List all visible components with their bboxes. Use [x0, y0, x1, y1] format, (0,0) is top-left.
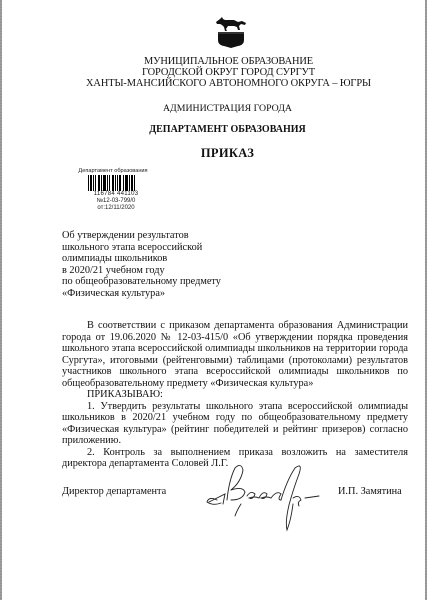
subject-line: школьного этапа всероссийской	[62, 242, 252, 254]
registration-number: №12-03-799/0	[84, 198, 148, 205]
administration-heading: АДМИНИСТРАЦИЯ ГОРОДА	[0, 103, 427, 114]
scan-edge-left	[0, 0, 2, 600]
header-line-region: ХАНТЫ-МАНСИЙСКОГО АВТОНОМНОГО ОКРУГА – Ю…	[15, 78, 427, 90]
signatory-position: Директор департамента	[62, 486, 166, 497]
order-body: В соответствии с приказом департамента о…	[62, 320, 408, 470]
header-line-municipality: МУНИЦИПАЛЬНОЕ ОБРАЗОВАНИЕ	[15, 56, 427, 68]
fox-emblem-icon	[214, 10, 248, 48]
subject-line: «Физическая культура»	[62, 288, 252, 300]
registration-date: от:12/11/2020	[84, 205, 148, 212]
signature-block: Директор департамента И.П. Замятина	[62, 486, 408, 500]
department-heading: ДЕПАРТАМЕНТ ОБРАЗОВАНИЯ	[0, 124, 427, 135]
header-line-city: ГОРОДСКОЙ ОКРУГ ГОРОД СУРГУТ	[15, 67, 427, 79]
signatory-name: И.П. Замятина	[338, 486, 402, 497]
preamble-paragraph: В соответствии с приказом департамента о…	[62, 320, 408, 389]
order-item-1: 1. Утвердить результаты школьного этапа …	[62, 401, 408, 447]
order-subject: Об утверждении результатов школьного эта…	[62, 230, 252, 300]
document-page: МУНИЦИПАЛЬНОЕ ОБРАЗОВАНИЕ ГОРОДСКОЙ ОКРУ…	[0, 0, 427, 600]
subject-line: по общеобразовательному предмету	[62, 276, 252, 288]
subject-line: олимпиады школьников	[62, 253, 252, 265]
page-title: ПРИКАЗ	[0, 146, 427, 161]
orders-heading: ПРИКАЗЫВАЮ:	[62, 389, 408, 401]
stamp-organization: Департамент образования	[78, 168, 148, 175]
subject-line: Об утверждении результатов	[62, 230, 252, 242]
registration-stamp: Департамент образования 116784 441103 №1…	[78, 168, 148, 212]
barcode-icon	[88, 175, 136, 191]
subject-line: в 2020/21 учебном году	[62, 265, 252, 277]
